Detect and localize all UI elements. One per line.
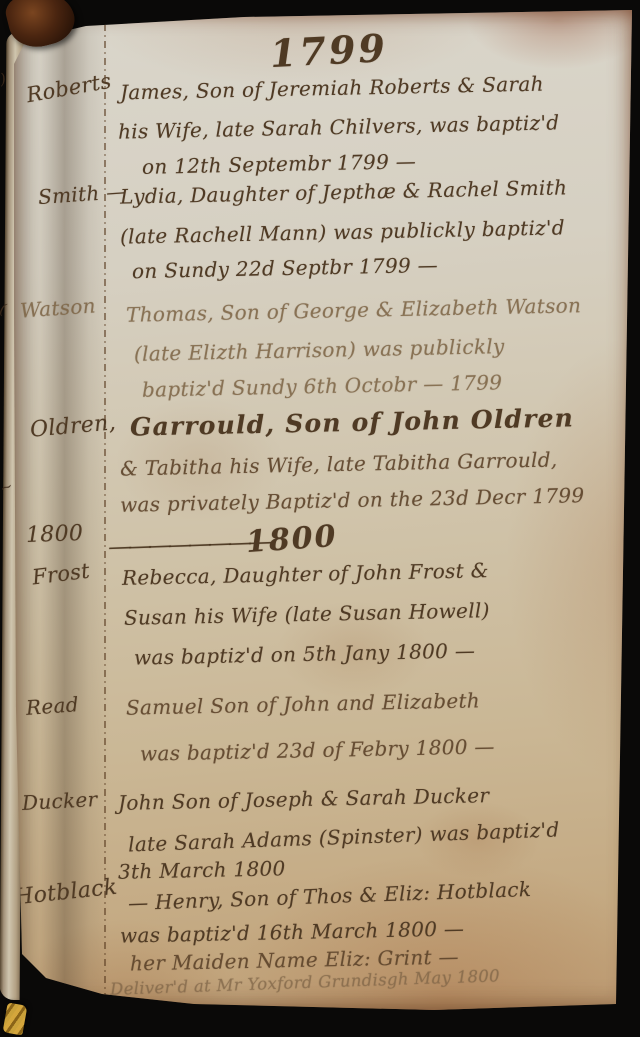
page-fold-shadow (40, 10, 110, 1010)
margin-year-1800: 1800 (26, 521, 84, 548)
entry-line: Susan his Wife (late Susan Howell) (124, 598, 490, 630)
entry-line: — Henry, Son of Thos & Eliz: Hotblack (128, 877, 532, 915)
register-page: 1799 Roberts James, Son of Jeremiah Robe… (14, 10, 632, 1010)
entry-line: Lydia, Daughter of Jepthæ & Rachel Smith (120, 175, 568, 208)
entry-line: James, Son of Jeremiah Roberts & Sarah (120, 72, 544, 105)
entry-line: on Sundy 22d Septbr 1799 — (132, 253, 438, 283)
gilt-bookmark-tab (3, 1002, 28, 1035)
year-header: 1799 (269, 25, 389, 76)
entry-line: (late Rachell Mann) was publickly baptiz… (120, 215, 565, 248)
margin-name-roberts: Roberts (25, 69, 114, 108)
entry-line: Garrould, Son of John Oldren (130, 403, 575, 441)
entry-line: was privately Baptiz'd on the 23d Decr 1… (120, 483, 585, 517)
margin-name-frost: Frost (31, 559, 91, 590)
entry-line: John Son of Joseph & Sarah Ducker (118, 783, 490, 815)
entry-line: on 12th Septembr 1799 — (142, 149, 417, 179)
entry-line: Thomas, Son of George & Elizabeth Watson (126, 293, 582, 327)
margin-name-ducker: Ducker (21, 787, 98, 815)
margin-name-read: Read (25, 692, 79, 720)
entry-line: was baptiz'd 23d of Febry 1800 — (140, 734, 495, 765)
entry-line: baptiz'd Sundy 6th Octobr — 1799 (142, 370, 503, 402)
margin-name-hotblack: Hotblack (13, 875, 119, 911)
entry-line: (late Elizth Harrison) was publickly (134, 334, 505, 366)
entry-line: was baptiz'd 16th March 1800 — (120, 916, 465, 947)
register-photo: ) ( ~ 1799 Roberts James, Son of Jeremia… (0, 0, 640, 1037)
entry-line: Rebecca, Daughter of John Frost & (122, 558, 489, 590)
entry-line: late Sarah Adams (Spinster) was baptiz'd (128, 817, 560, 856)
mid-year-header: 1800 (245, 519, 339, 560)
entry-line: his Wife, late Sarah Chilvers, was bapti… (118, 110, 560, 143)
margin-name-watson: Watson (19, 293, 96, 322)
margin-name-smith: Smith — (37, 179, 127, 209)
entry-line: was baptiz'd on 5th Jany 1800 — (134, 638, 476, 669)
entry-line: & Tabitha his Wife, late Tabitha Garroul… (120, 447, 558, 480)
margin-rule-line (104, 24, 106, 996)
entry-line: Samuel Son of John and Elizabeth (126, 688, 480, 719)
divider-dash: ———————— (108, 527, 269, 561)
entry-line: 3th March 1800 (118, 856, 286, 884)
